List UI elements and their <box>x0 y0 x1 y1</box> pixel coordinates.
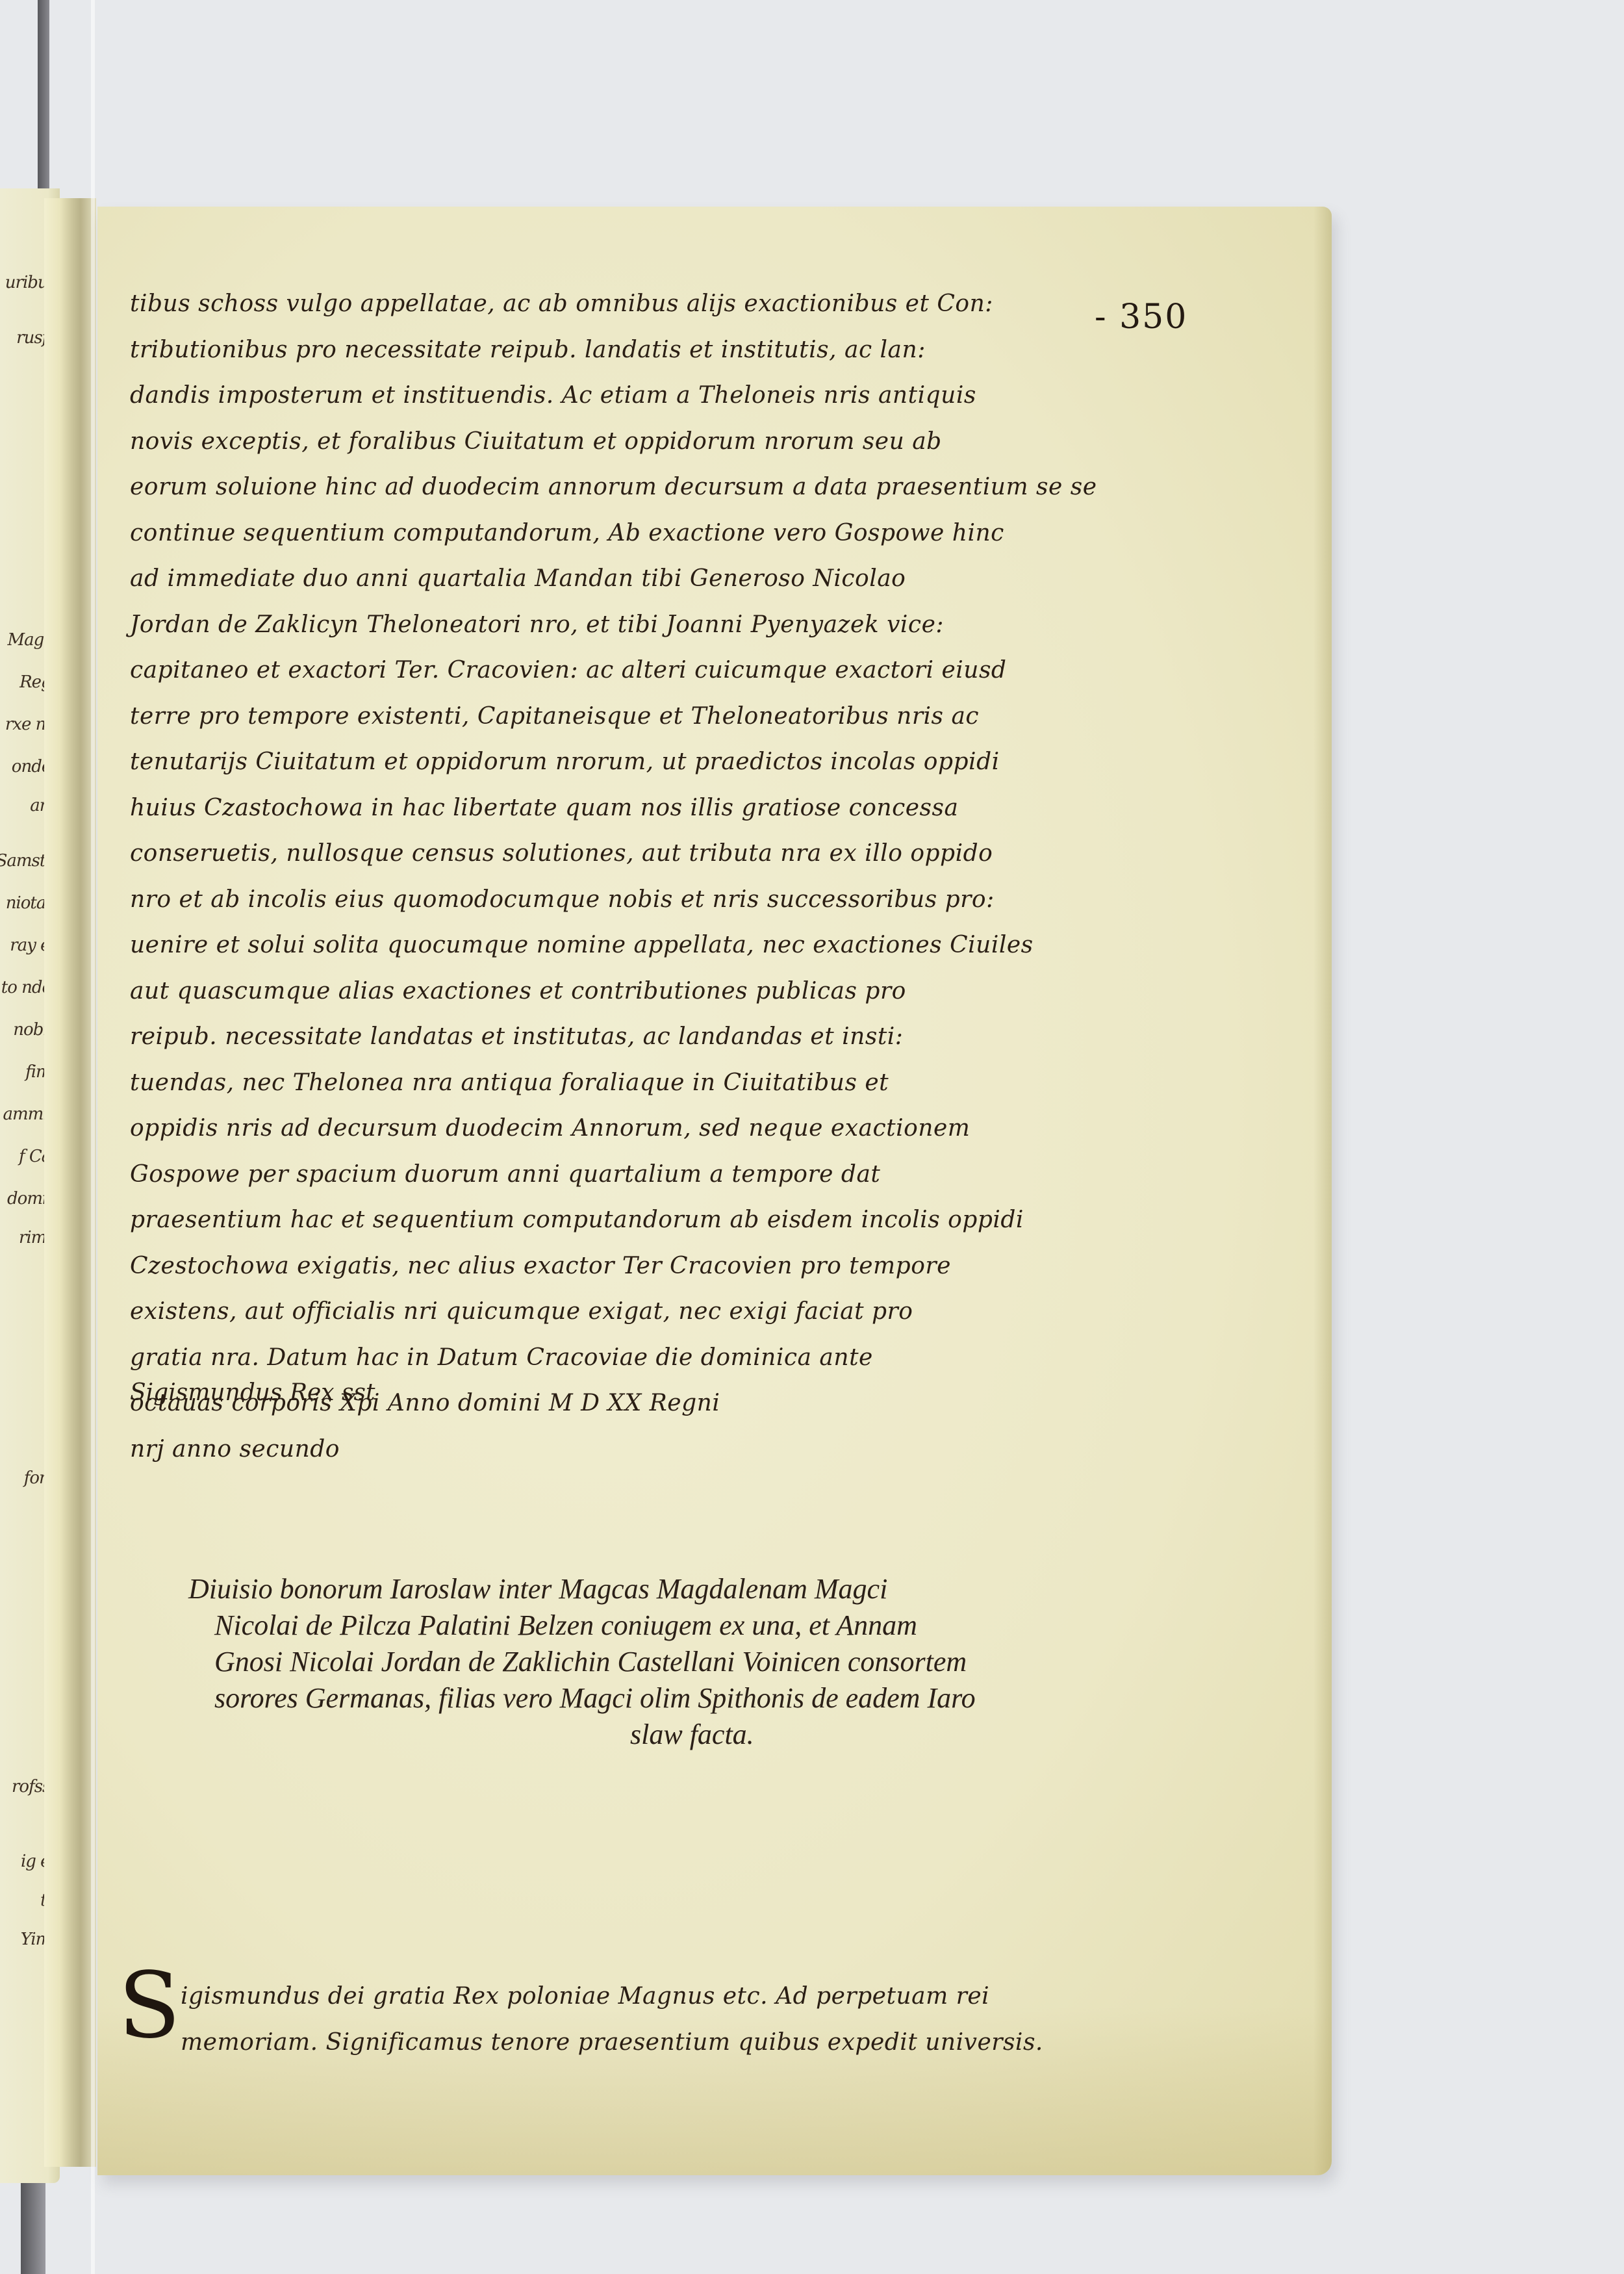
heading-line: Nicolai de Pilcza Palatini Belzen coniug… <box>188 1607 1202 1644</box>
heading-line: Diuisio bonorum Iaroslaw inter Magcas Ma… <box>188 1571 1202 1607</box>
text-line: reipub. necessitate landatas et institut… <box>130 1014 1169 1060</box>
text-line: dandis imposterum et instituendis. Ac et… <box>130 373 1169 419</box>
text-line: novis exceptis, et foralibus Ciuitatum e… <box>130 419 1169 465</box>
text-line: memoriam. Significamus tenore praesentiu… <box>123 2020 1176 2066</box>
text-line: oppidis nris ad decursum duodecim Annoru… <box>130 1106 1169 1152</box>
text-line: gratia nra. Datum hac in Datum Cracoviae… <box>130 1335 1169 1381</box>
text-line: nro et ab incolis eius quomodocumque nob… <box>130 877 1169 923</box>
text-line: continue sequentium computandorum, Ab ex… <box>130 511 1169 557</box>
text-line: Gospowe per spacium duorum anni quartali… <box>130 1152 1169 1198</box>
closing-line: nrj anno secundo <box>130 1427 1169 1473</box>
text-line: eorum soluione hinc ad duodecim annorum … <box>130 465 1169 511</box>
main-text-block: tibus schoss vulgo appellatae, ac ab omn… <box>130 281 1169 1472</box>
text-line: capitaneo et exactori Ter. Cracovien: ac… <box>130 648 1169 694</box>
text-line: terre pro tempore existenti, Capitaneisq… <box>130 694 1169 740</box>
glass-plate-edge <box>91 0 95 2274</box>
text-line: tenutarijs Ciuitatum et oppidorum nrorum… <box>130 739 1169 786</box>
charter-opening: S igismundus dei gratia Rex poloniae Mag… <box>123 1974 1176 2065</box>
text-line: Czestochowa exigatis, nec alius exactor … <box>130 1244 1169 1290</box>
text-line: igismundus dei gratia Rex poloniae Magnu… <box>123 1974 1176 2020</box>
heading-line: Gnosi Nicolai Jordan de Zaklichin Castel… <box>188 1644 1202 1680</box>
text-line: huius Czastochowa in hac libertate quam … <box>130 786 1169 832</box>
section-heading: Diuisio bonorum Iaroslaw inter Magcas Ma… <box>188 1571 1202 1753</box>
heading-line: slaw facta. <box>188 1717 1202 1753</box>
text-line: existens, aut officialis nri quicumque e… <box>130 1289 1169 1335</box>
text-line: conseruetis, nullosque census solutiones… <box>130 831 1169 877</box>
text-line: Jordan de Zaklicyn Theloneatori nro, et … <box>130 602 1169 648</box>
manuscript-page: - 350 tibus schoss vulgo appellatae, ac … <box>97 207 1332 2175</box>
text-line: uenire et solui solita quocumque nomine … <box>130 923 1169 969</box>
page-edge-shading <box>1313 207 1332 2175</box>
book-gutter <box>44 198 96 2167</box>
text-line: tibus schoss vulgo appellatae, ac ab omn… <box>130 281 1169 327</box>
book-clamp-top <box>38 0 49 208</box>
text-line: ad immediate duo anni quartalia Mandan t… <box>130 556 1169 602</box>
text-line: aut quascumque alias exactiones et contr… <box>130 969 1169 1015</box>
text-line: tuendas, nec Thelonea nra antiqua forali… <box>130 1060 1169 1106</box>
text-line: tributionibus pro necessitate reipub. la… <box>130 327 1169 374</box>
heading-line: sorores Germanas, filias vero Magci olim… <box>188 1680 1202 1717</box>
decorated-initial: S <box>118 1961 181 2052</box>
royal-signature: Sigismundus Rex sst <box>130 1379 375 1406</box>
text-line: praesentium hac et sequentium computando… <box>130 1197 1169 1244</box>
